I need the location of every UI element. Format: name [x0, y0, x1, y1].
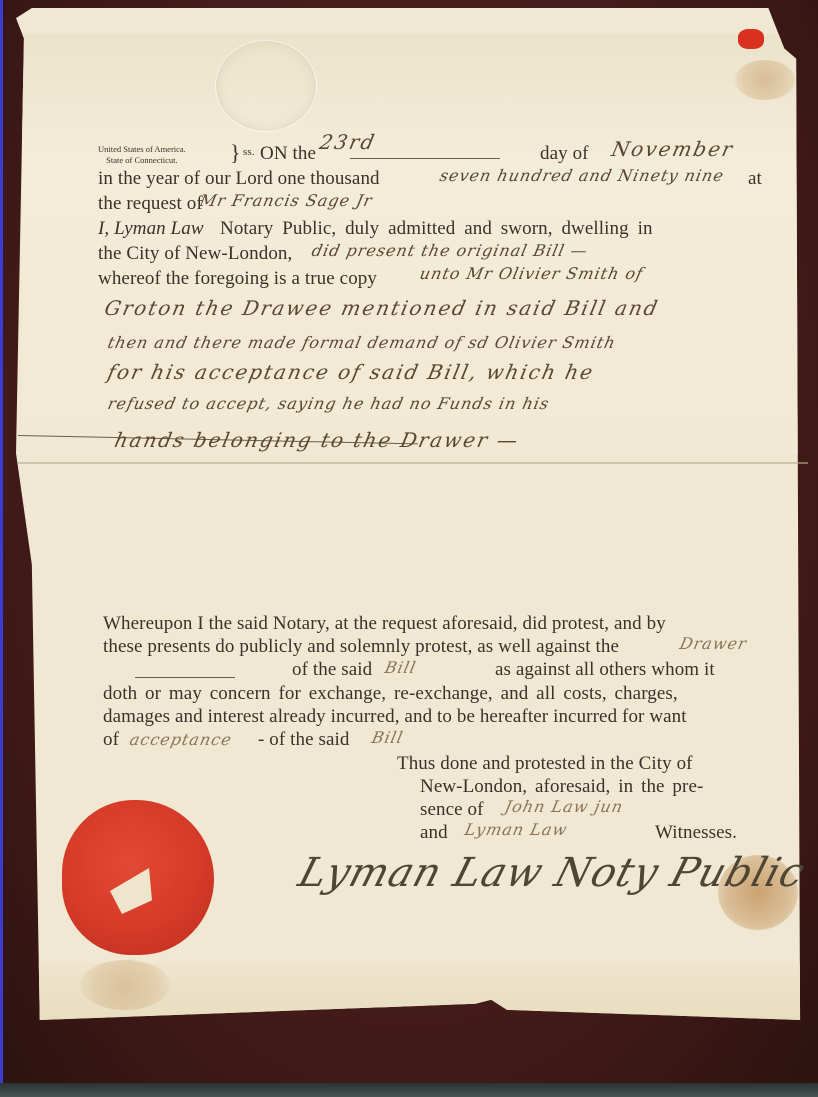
- closing-line-4-prefix: and: [420, 822, 448, 844]
- witness-2-handwritten: Lyman Law: [463, 820, 569, 839]
- request-prefix: the request of: [98, 193, 203, 215]
- protest-blank: [135, 677, 235, 678]
- protest-line-3-prefix: of the said: [292, 659, 372, 681]
- hand-line-4: refused to accept, saying he had no Fund…: [106, 394, 551, 413]
- scan-edge: [0, 0, 3, 1097]
- fold-crease: [18, 462, 808, 464]
- drawee-handwritten: unto Mr Olivier Smith of: [418, 264, 645, 283]
- closing-line-1: Thus done and protested in the City of: [397, 753, 693, 775]
- notary-clause-text: Notary Public, duly admitted and sworn, …: [220, 218, 653, 240]
- stain-bottom-left: [80, 960, 170, 1010]
- protest-line-1: Whereupon I the said Notary, at the requ…: [103, 613, 666, 635]
- year-handwritten: seven hundred and Ninety nine: [438, 166, 726, 185]
- on-the-label: ON the: [260, 143, 316, 165]
- wax-remnant-corner: [738, 29, 764, 49]
- notary-signature: Lyman Law Noty Public: [293, 850, 810, 896]
- at-label: at: [748, 168, 762, 190]
- protest-line-2: these presents do publicly and solemnly …: [103, 636, 619, 658]
- acceptance-handwritten: acceptance: [128, 730, 234, 749]
- closing-line-4-suffix: Witnesses.: [655, 822, 737, 844]
- jurisdiction-country: United States of America.: [98, 144, 186, 155]
- embossed-eagle-seal: [215, 40, 317, 132]
- witness-1-handwritten: John Law jun: [503, 797, 625, 816]
- protest-line-4: doth or may concern for exchange, re-exc…: [103, 683, 678, 705]
- jurisdiction: United States of America. State of Conne…: [98, 144, 186, 166]
- ss-abbr: ss.: [243, 146, 255, 158]
- day-handwritten: 23rd: [317, 130, 378, 154]
- copy-line: whereof the foregoing is a true copy: [98, 268, 377, 290]
- hand-line-1: Groton the Drawee mentioned in said Bill…: [102, 296, 661, 320]
- drawer-handwritten: Drawer: [678, 634, 749, 653]
- day-blank: [350, 158, 500, 159]
- requester-handwritten: Mr Francis Sage Jr: [198, 191, 374, 210]
- city-line: the City of New-London,: [98, 243, 292, 265]
- notary-name: I, Lyman Law: [98, 218, 204, 240]
- protest-line-5: damages and interest already incurred, a…: [103, 706, 687, 728]
- protest-line-6-mid: - of the said: [258, 729, 350, 751]
- hand-line-3: for his acceptance of said Bill, which h…: [105, 360, 596, 384]
- closing-line-3-prefix: sence of: [420, 799, 484, 821]
- protest-line-6-prefix: of: [103, 729, 119, 751]
- scan-bottom-strip: [0, 1083, 818, 1097]
- protest-line-3-suffix: as against all others whom it: [495, 659, 715, 681]
- present-bill-handwritten: did present the original Bill —: [310, 241, 590, 260]
- hand-line-5: hands belonging to the Drawer —: [112, 428, 521, 452]
- stain-top-right: [735, 60, 795, 100]
- bill-handwritten-2: Bill: [370, 728, 405, 747]
- year-prefix: in the year of our Lord one thousand: [98, 168, 380, 190]
- hand-line-2: then and there made formal demand of sd …: [106, 333, 618, 352]
- month-handwritten: November: [609, 137, 736, 161]
- brace-glyph: }: [230, 140, 241, 166]
- jurisdiction-state: State of Connecticut.: [98, 155, 186, 166]
- day-of-label: day of: [540, 143, 589, 165]
- closing-line-2: New-London, aforesaid, in the pre-: [420, 776, 703, 798]
- bill-handwritten-1: Bill: [383, 658, 418, 677]
